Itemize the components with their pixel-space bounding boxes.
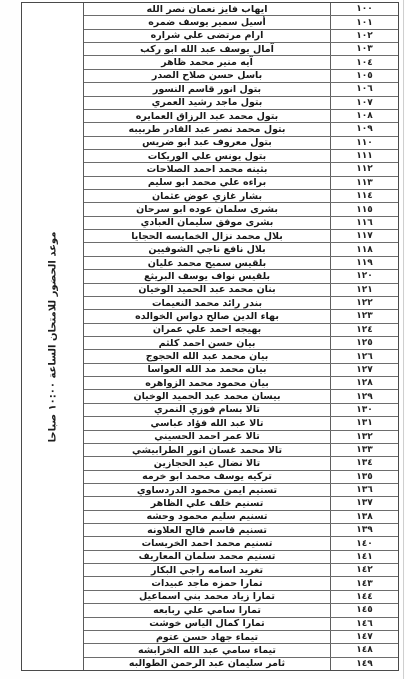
candidate-name: تالا نضال عيد الحجازين [84,457,330,469]
seat-number: ١١٧ [330,230,398,242]
seat-number: ١٠٢ [330,30,398,42]
seat-number: ١١٣ [330,177,398,189]
seat-number: ١٤٢ [330,564,398,576]
exam-time-note-cell: موعد الحضور للامتحان الساعة ١٠:٠٠ صباحا [22,3,84,670]
candidate-name: تالا عمر احمد الحسيني [84,431,330,443]
table-row: بشرى سلمان عوده ابو سرحان ١١٥ [84,203,398,216]
candidate-name: بيان محمد مد الله العواسا [84,364,330,376]
seat-number: ١٢٦ [330,350,398,362]
table-row: بيان محمود محمد الزواهره ١٢٨ [84,377,398,390]
table-row: بهيجه احمد علي عمران ١٢٤ [84,324,398,337]
candidate-name: بيسان محمد عبد الحميد الوخيان [84,390,330,402]
table-row: بلال محمد نزال الخمايسه الحجايا ١١٧ [84,230,398,243]
table-row: بثينه محمد احمد الصلاحات ١١٢ [84,163,398,176]
table-row: بشار غازي عوض عثمان ١١٤ [84,190,398,203]
candidate-name: باسل حسن صلاح الصدر [84,70,330,82]
table-row: تمارا سامي علي ربابعه ١٤٥ [84,604,398,617]
table-row: ايهاب فايز نعمان نصر الله ١٠٠ [84,3,398,16]
candidate-name: آرام مرتضى علي شراره [84,30,330,42]
candidate-name: بثينه محمد احمد الصلاحات [84,163,330,175]
table-row: تيماء جهاد حسن عتوم ١٤٧ [84,631,398,644]
table-row: تمارا حمزه ماجد عبيدات ١٤٣ [84,577,398,590]
seat-number: ١٢٢ [330,297,398,309]
seat-number: ١١٦ [330,217,398,229]
table-row: تالا عمر احمد الحسيني ١٣٢ [84,431,398,444]
candidate-name: بتول انور قاسم النسور [84,83,330,95]
seat-number: ١١٤ [330,190,398,202]
table-row: تسنيم قاسم فالح العلاونه ١٣٩ [84,524,398,537]
seat-number: ١٣١ [330,417,398,429]
table-row: تركيه يوسف محمد ابو خرمه ١٣٥ [84,471,398,484]
candidate-name: براءه علي محمد ابو سليم [84,177,330,189]
seat-number: ١٣٤ [330,457,398,469]
seat-number: ١٢٩ [330,390,398,402]
seat-number: ١٣٨ [330,511,398,523]
seat-number: ١٤٥ [330,604,398,616]
seat-number: ١٤٤ [330,591,398,603]
seat-number: ١٢١ [330,284,398,296]
candidate-name: ثامر سليمان عبد الرحمن الطوالبه [84,658,330,670]
seat-number: ١١٢ [330,163,398,175]
seat-number: ١٢٧ [330,364,398,376]
seat-number: ١١٩ [330,257,398,269]
table-row: بتول يونس علي الوريكات ١١١ [84,150,398,163]
candidate-name: تسنيم سليم محمود وحشه [84,511,330,523]
seat-number: ١٤٨ [330,644,398,656]
scanned-page: موعد الحضور للامتحان الساعة ١٠:٠٠ صباحا … [0,0,405,679]
seat-number: ١٣٠ [330,404,398,416]
table-row: بلقيس نواف يوسف البريثع ١٢٠ [84,270,398,283]
table-row: بلال نافع ناجي الشوفيين ١١٨ [84,243,398,256]
seat-number: ١٠٤ [330,56,398,68]
seat-number: ١٠٦ [330,83,398,95]
candidate-name: بشار غازي عوض عثمان [84,190,330,202]
candidate-name: بلال محمد نزال الخمايسه الحجايا [84,230,330,242]
exam-roster-table: موعد الحضور للامتحان الساعة ١٠:٠٠ صباحا … [21,2,399,671]
candidate-name: بتول ماجد رشيد العمري [84,97,330,109]
table-row: بيان محمد عبد الله الحجوج ١٢٦ [84,350,398,363]
table-row: تالا عبد الله فؤاد عباسي ١٣١ [84,417,398,430]
candidate-name: ايهاب فايز نعمان نصر الله [84,3,330,15]
table-row: تالا بسام فوزي النمري ١٣٠ [84,404,398,417]
exam-time-note: موعد الحضور للامتحان الساعة ١٠:٠٠ صباحا [47,231,58,442]
candidate-name: تيماء جهاد حسن عتوم [84,631,330,643]
candidate-name: بنان محمد عبد الحميد الوخيان [84,284,330,296]
table-row: بيان محمد مد الله العواسا ١٢٧ [84,364,398,377]
table-row: ثامر سليمان عبد الرحمن الطوالبه ١٤٩ [84,658,398,670]
table-row: تسنيم محمد احمد الخريسات ١٤٠ [84,537,398,550]
candidate-name: تغريد اسامه راجي البكار [84,564,330,576]
candidate-name: تمارا زياد محمد بني اسماعيل [84,591,330,603]
candidate-name: بشرى سلمان عوده ابو سرحان [84,203,330,215]
table-row: بتول معروف عبد ابو ضريس ١١٠ [84,137,398,150]
table-row: تسنيم سليم محمود وحشه ١٣٨ [84,511,398,524]
candidate-name: تمارا حمزه ماجد عبيدات [84,577,330,589]
table-row: تسنيم ايمن محمود الدردساوي ١٣٦ [84,484,398,497]
table-row: بهاء الدين صالح دواس الخوالده ١٢٣ [84,310,398,323]
table-row: بيسان محمد عبد الحميد الوخيان ١٢٩ [84,390,398,403]
candidate-name: بهاء الدين صالح دواس الخوالده [84,310,330,322]
seat-number: ١٤٦ [330,618,398,630]
candidate-name: تسنيم محمد احمد الخريسات [84,537,330,549]
candidate-name: بشرى موفق سليمان العبادي [84,217,330,229]
seat-number: ١٤٧ [330,631,398,643]
seat-number: ١٤٠ [330,537,398,549]
candidate-name: تسنيم محمد سلمان المعاريف [84,551,330,563]
candidate-name: تالا عبد الله فؤاد عباسي [84,417,330,429]
seat-number: ١٢٨ [330,377,398,389]
seat-number: ١٣٥ [330,471,398,483]
table-row: أسيل سمير يوسف ضمره ١٠١ [84,16,398,29]
table-row: آيه منير محمد ظاهر ١٠٤ [84,56,398,69]
table-row: بتول ماجد رشيد العمري ١٠٧ [84,97,398,110]
table-row: بتول محمد عبد الرزاق العمايره ١٠٨ [84,110,398,123]
table-row: بندر رائد محمد النعيمات ١٢٢ [84,297,398,310]
table-row: تسنيم محمد سلمان المعاريف ١٤١ [84,551,398,564]
candidate-name: تمارا سامي علي ربابعه [84,604,330,616]
table-row: باسل حسن صلاح الصدر ١٠٥ [84,70,398,83]
candidate-name: تالا محمد غسان انور الطرابيشي [84,444,330,456]
candidate-name: تركيه يوسف محمد ابو خرمه [84,471,330,483]
seat-number: ١١٠ [330,137,398,149]
seat-number: ١٠٥ [330,70,398,82]
candidate-name: آمال يوسف عبد الله ابو ركب [84,43,330,55]
seat-number: ١٣٣ [330,444,398,456]
seat-number: ١٣٦ [330,484,398,496]
table-row: بتول انور قاسم النسور ١٠٦ [84,83,398,96]
seat-number: ١٠٧ [330,97,398,109]
seat-number: ١٠١ [330,16,398,28]
candidate-name: بلال نافع ناجي الشوفيين [84,243,330,255]
seat-number: ١٠٨ [330,110,398,122]
candidate-name: بتول معروف عبد ابو ضريس [84,137,330,149]
seat-number: ١٢٣ [330,310,398,322]
seat-number: ١٠٩ [330,123,398,135]
scan-page-edge [403,0,404,679]
table-row: تسنيم خلف علي الظاهر ١٣٧ [84,497,398,510]
candidate-name: بتول يونس علي الوريكات [84,150,330,162]
candidate-name: تسنيم قاسم فالح العلاونه [84,524,330,536]
table-row: تمارا كمال الياس خوشت ١٤٦ [84,618,398,631]
seat-number: ١٢٥ [330,337,398,349]
table-row: تالا نضال عيد الحجازين ١٣٤ [84,457,398,470]
candidate-name: أسيل سمير يوسف ضمره [84,16,330,28]
seat-number: ١٣٢ [330,431,398,443]
table-row: بيان حسن احمد كلثم ١٢٥ [84,337,398,350]
seat-number: ١٢٠ [330,270,398,282]
candidate-name: بلقيس سميح محمد عليان [84,257,330,269]
table-row: تغريد اسامه راجي البكار ١٤٢ [84,564,398,577]
seat-number: ١٠٠ [330,3,398,15]
table-row: براءه علي محمد ابو سليم ١١٣ [84,177,398,190]
seat-number: ١٤١ [330,551,398,563]
table-row: آرام مرتضى علي شراره ١٠٢ [84,30,398,43]
seat-number: ١٣٩ [330,524,398,536]
table-row: تيماء سامي عبد الله الخرابشه ١٤٨ [84,644,398,657]
candidate-name: تمارا كمال الياس خوشت [84,618,330,630]
table-row: بنان محمد عبد الحميد الوخيان ١٢١ [84,284,398,297]
seat-number: ١١٨ [330,243,398,255]
roster-rows: ايهاب فايز نعمان نصر الله ١٠٠ أسيل سمير … [84,3,398,670]
candidate-name: بتول محمد عبد الرزاق العمايره [84,110,330,122]
table-row: تالا محمد غسان انور الطرابيشي ١٣٣ [84,444,398,457]
table-row: بتول محمد نصر عبد القادر طربيبه ١٠٩ [84,123,398,136]
candidate-name: بتول محمد نصر عبد القادر طربيبه [84,123,330,135]
candidate-name: آيه منير محمد ظاهر [84,56,330,68]
table-row: آمال يوسف عبد الله ابو ركب ١٠٣ [84,43,398,56]
candidate-name: بهيجه احمد علي عمران [84,324,330,336]
seat-number: ١١٥ [330,203,398,215]
seat-number: ١٤٣ [330,577,398,589]
candidate-name: بيان محمد عبد الله الحجوج [84,350,330,362]
table-row: تمارا زياد محمد بني اسماعيل ١٤٤ [84,591,398,604]
seat-number: ١٤٩ [330,658,398,670]
table-row: بلقيس سميح محمد عليان ١١٩ [84,257,398,270]
candidate-name: بندر رائد محمد النعيمات [84,297,330,309]
candidate-name: تالا بسام فوزي النمري [84,404,330,416]
seat-number: ١٢٤ [330,324,398,336]
candidate-name: تيماء سامي عبد الله الخرابشه [84,644,330,656]
candidate-name: بلقيس نواف يوسف البريثع [84,270,330,282]
candidate-name: بيان محمود محمد الزواهره [84,377,330,389]
candidate-name: تسنيم ايمن محمود الدردساوي [84,484,330,496]
candidate-name: تسنيم خلف علي الظاهر [84,497,330,509]
seat-number: ١١١ [330,150,398,162]
candidate-name: بيان حسن احمد كلثم [84,337,330,349]
table-row: بشرى موفق سليمان العبادي ١١٦ [84,217,398,230]
seat-number: ١٣٧ [330,497,398,509]
seat-number: ١٠٣ [330,43,398,55]
